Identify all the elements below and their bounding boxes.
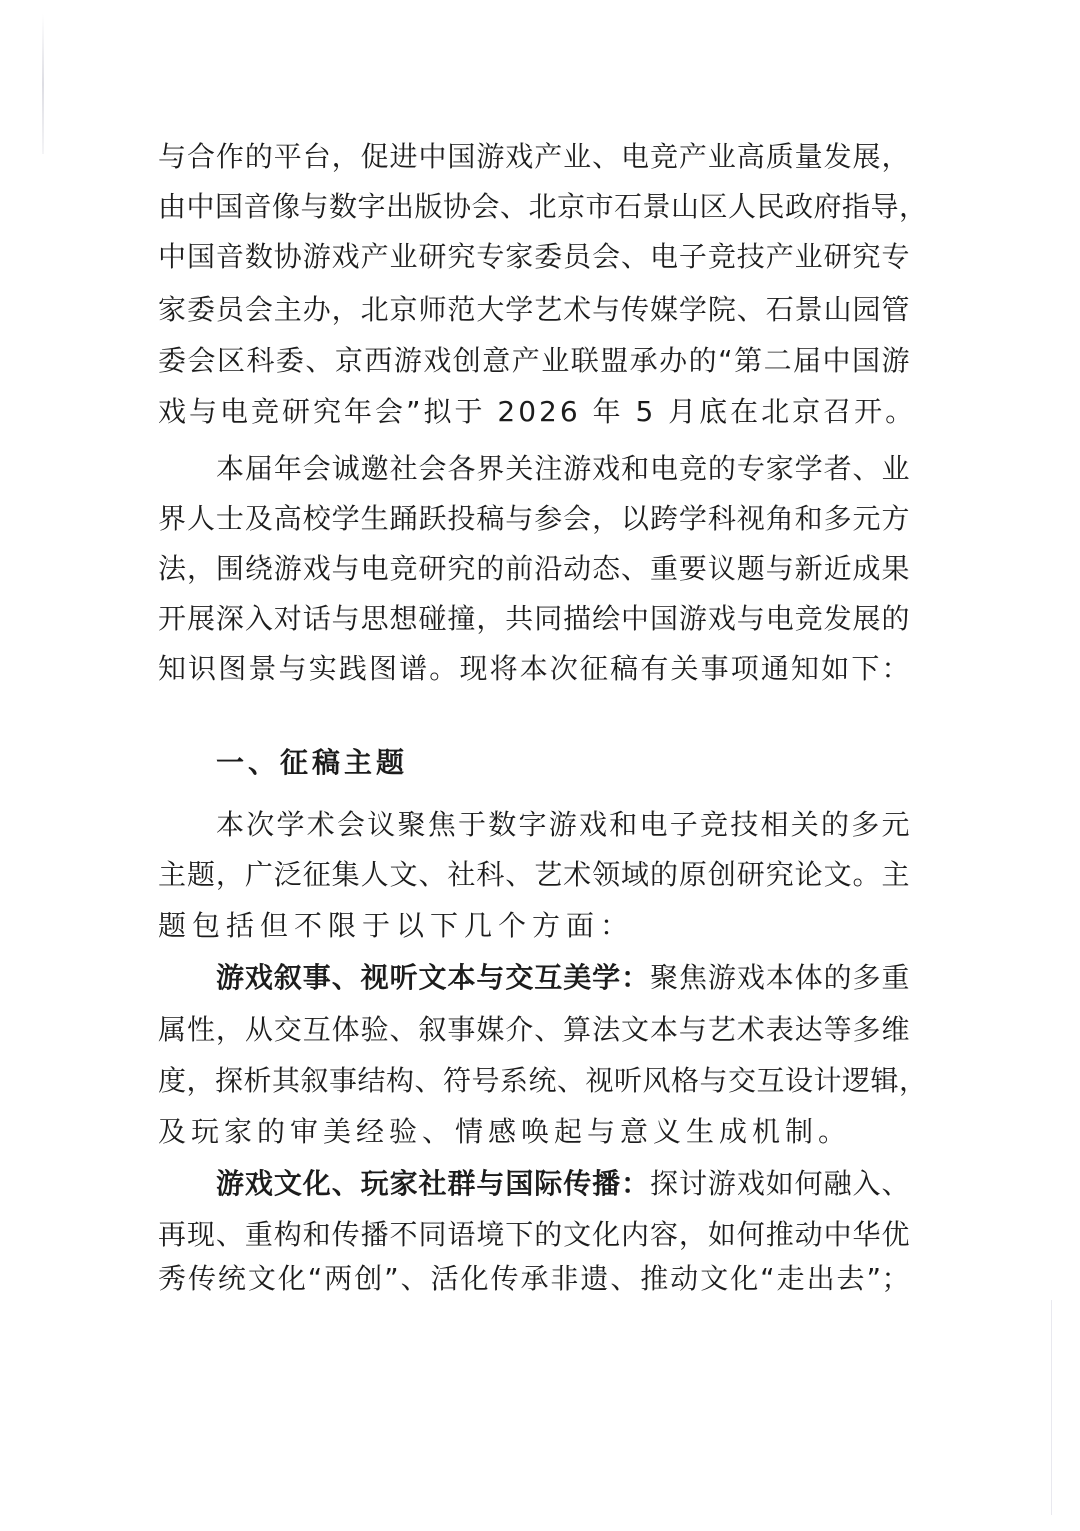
text-line: 属性，从交互体验、叙事媒介、算法文本与艺术表达等多维 bbox=[158, 1013, 910, 1047]
text-line: 再现、重构和传播不同语境下的文化内容，如何推动中华优 bbox=[158, 1218, 910, 1252]
scan-edge-right bbox=[1051, 1300, 1052, 1515]
text-line: 家委员会主办，北京师范大学艺术与传媒学院、石景山园管 bbox=[158, 293, 910, 327]
text-line: 及玩家的审美经验、情感唤起与意义生成机制。 bbox=[158, 1115, 910, 1149]
topic-title: 游戏叙事、视听文本与交互美学： bbox=[216, 961, 650, 994]
text-line: 戏与电竞研究年会”拟于 2026 年 5 月底在北京召开。 bbox=[158, 395, 910, 429]
text-line: 法，围绕游戏与电竞研究的前沿动态、重要议题与新近成果 bbox=[158, 552, 910, 586]
text-line: 由中国音像与数字出版协会、北京市石景山区人民政府指导， bbox=[158, 190, 910, 224]
text-line: 与合作的平台，促进中国游戏产业、电竞产业高质量发展， bbox=[158, 140, 910, 174]
text-line: 中国音数协游戏产业研究专家委员会、电子竞技产业研究专 bbox=[158, 240, 910, 274]
topic-text: 聚焦游戏本体的多重 bbox=[650, 961, 910, 994]
text-line: 游戏叙事、视听文本与交互美学：聚焦游戏本体的多重 bbox=[216, 961, 910, 995]
text-line: 本次学术会议聚焦于数字游戏和电子竞技相关的多元 bbox=[216, 808, 910, 842]
text-line: 界人士及高校学生踊跃投稿与参会，以跨学科视角和多元方 bbox=[158, 502, 910, 536]
text-line: 主题，广泛征集人文、社科、艺术领域的原创研究论文。主 bbox=[158, 858, 910, 892]
text-line: 知识图景与实践图谱。现将本次征稿有关事项通知如下： bbox=[158, 652, 910, 686]
text-line: 本届年会诚邀社会各界关注游戏和电竞的专家学者、业 bbox=[216, 452, 910, 486]
text-line: 度，探析其叙事结构、符号系统、视听风格与交互设计逻辑， bbox=[158, 1064, 910, 1098]
scan-edge-left bbox=[42, 14, 44, 154]
text-line: 开展深入对话与思想碰撞，共同描绘中国游戏与电竞发展的 bbox=[158, 602, 910, 636]
text-line: 委会区科委、京西游戏创意产业联盟承办的“第二届中国游 bbox=[158, 344, 910, 378]
topic-text: 探讨游戏如何融入、 bbox=[650, 1167, 910, 1200]
text-line: 游戏文化、玩家社群与国际传播：探讨游戏如何融入、 bbox=[216, 1167, 910, 1201]
text-line: 题包括但不限于以下几个方面： bbox=[158, 909, 910, 943]
section-heading: 一、征稿主题 bbox=[216, 746, 408, 780]
text-line: 秀传统文化“两创”、活化传承非遗、推动文化“走出去”； bbox=[158, 1262, 910, 1296]
topic-title: 游戏文化、玩家社群与国际传播： bbox=[216, 1167, 650, 1200]
